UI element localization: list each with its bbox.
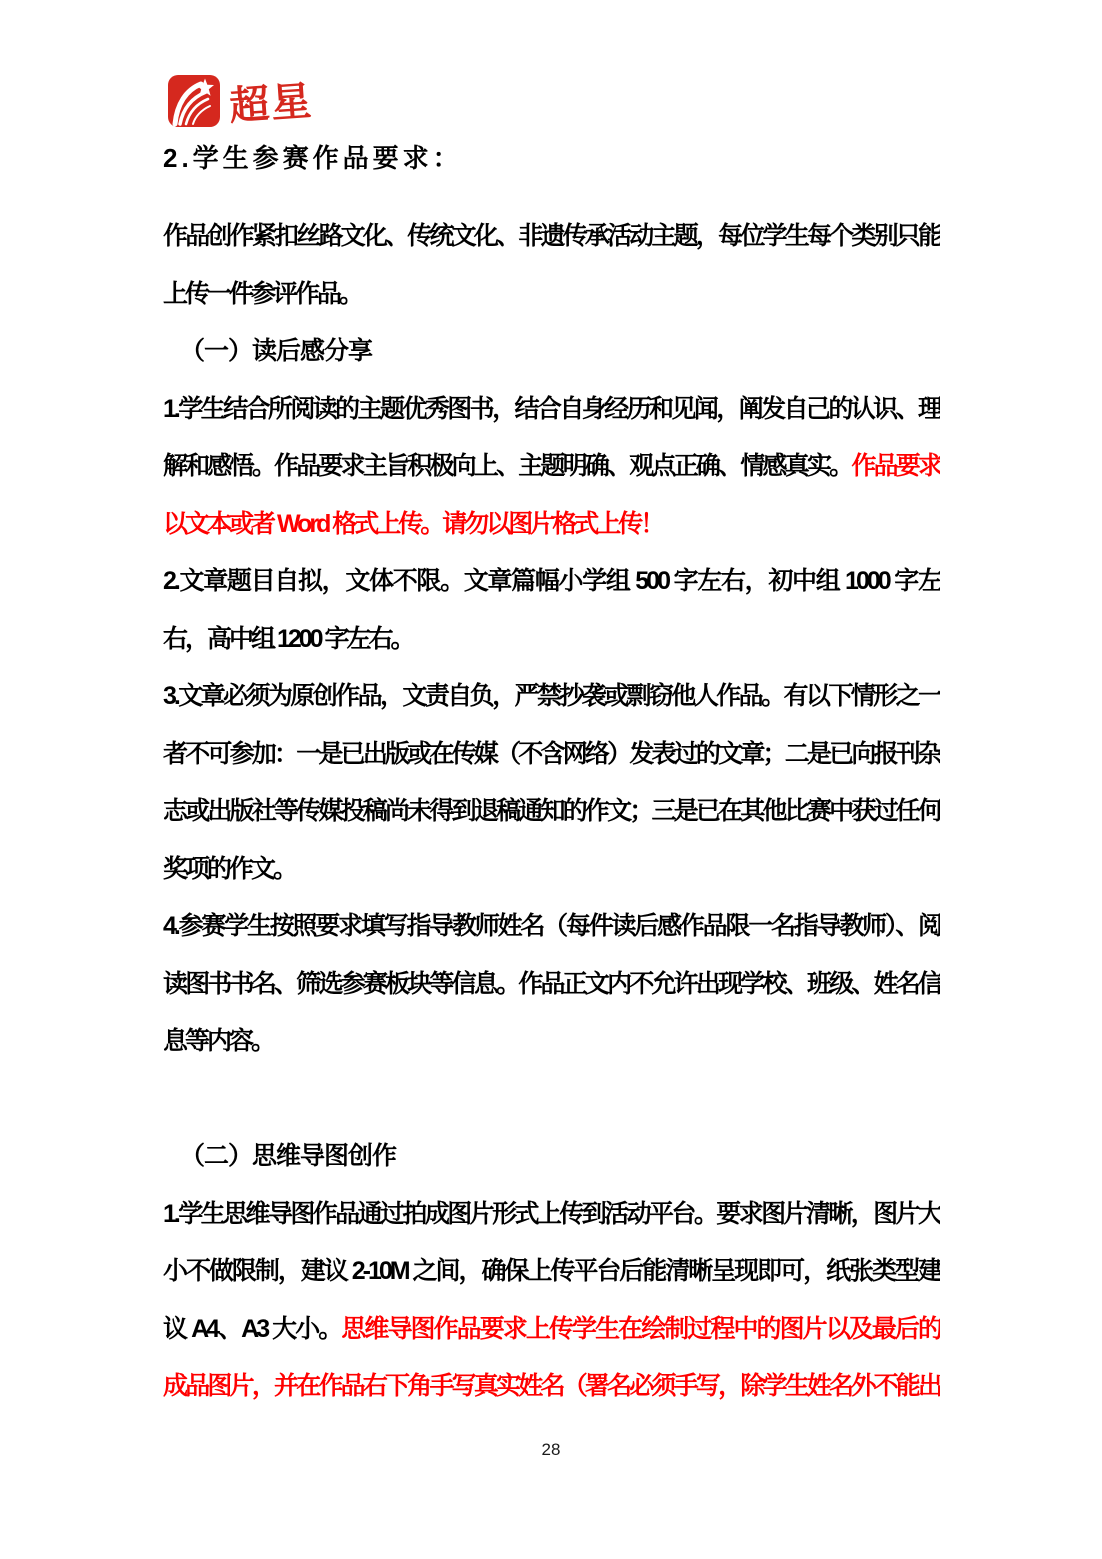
text-run: 上传一件参评作品。: [163, 280, 361, 308]
text-run: 小不做限制，建议 2-10M 之间，确保上传平台后能清晰呈现即可，纸张类型建: [163, 1257, 940, 1285]
paragraph-line: 息等内容。: [163, 1013, 940, 1071]
highlighted-text-run: 成品图片，并在作品右下角手写真实姓名（署名必须手写，除学生姓名外不能出: [163, 1372, 940, 1400]
text-run: 2.文章题目自拟，文体不限。文章篇幅小学组 500 字左右，初中组 1000 字…: [163, 567, 940, 595]
paragraph-line: 1.学生思维导图作品通过拍成图片形式上传到活动平台。要求图片清晰，图片大: [163, 1186, 940, 1244]
text-run: 读图书书名、筛选参赛板块等信息。作品正文内不允许出现学校、班级、姓名信: [163, 970, 940, 998]
text-run: 4.参赛学生按照要求填写指导教师姓名（每件读后感作品限一名指导教师）、阅: [163, 912, 940, 940]
section-title: 2.学生参赛作品要求：: [163, 138, 940, 178]
chaoxing-logo: 超星: [168, 72, 313, 129]
paragraph-line: 议 A4、A3 大小。思维导图作品要求上传学生在绘制过程中的图片以及最后的: [163, 1301, 940, 1359]
text-run: 右，高中组 1200 字左右。: [163, 625, 413, 653]
paragraph-line: 4.参赛学生按照要求填写指导教师姓名（每件读后感作品限一名指导教师）、阅: [163, 898, 940, 956]
subsection-heading-1: （一）读后感分享: [163, 323, 940, 381]
highlighted-paragraph-line: 以文本或者 Word 格式上传。请勿以图片格式上传！: [163, 496, 940, 554]
paragraph-line: 奖项的作文。: [163, 841, 940, 899]
blank-line: [163, 1071, 940, 1129]
document-page: 超星 2.学生参赛作品要求： 作品创作紧扣丝路文化、传统文化、非遗传承活动主题，…: [0, 0, 1102, 1559]
paragraph-line: 右，高中组 1200 字左右。: [163, 611, 940, 669]
paragraph-line: 2.文章题目自拟，文体不限。文章篇幅小学组 500 字左右，初中组 1000 字…: [163, 553, 940, 611]
paragraph-line: 小不做限制，建议 2-10M 之间，确保上传平台后能清晰呈现即可，纸张类型建: [163, 1243, 940, 1301]
paragraph-line: 志或出版社等传媒投稿尚未得到退稿通知的作文；三是已在其他比赛中获过任何: [163, 783, 940, 841]
text-run: （二）思维导图创作: [180, 1142, 396, 1170]
text-run: 者不可参加：一是已出版或在传媒（不含网络）发表过的文章；二是已向报刊杂: [163, 740, 940, 768]
highlighted-paragraph-line: 成品图片，并在作品右下角手写真实姓名（署名必须手写，除学生姓名外不能出: [163, 1358, 940, 1416]
text-run: 解和感悟。作品要求主旨积极向上、主题明确、观点正确、情感真实。: [163, 452, 851, 480]
paragraph-line: 作品创作紧扣丝路文化、传统文化、非遗传承活动主题，每位学生每个类别只能: [163, 208, 940, 266]
logo-wordmark: 超星: [227, 69, 315, 132]
text-run: 作品创作紧扣丝路文化、传统文化、非遗传承活动主题，每位学生每个类别只能: [163, 222, 940, 250]
text-run: 3.文章必须为原创作品，文责自负，严禁抄袭或剽窃他人作品。有以下情形之一: [163, 682, 940, 710]
text-run: 奖项的作文。: [163, 855, 295, 883]
paragraph-line: 读图书书名、筛选参赛板块等信息。作品正文内不允许出现学校、班级、姓名信: [163, 956, 940, 1014]
paragraph-line: 3.文章必须为原创作品，文责自负，严禁抄袭或剽窃他人作品。有以下情形之一: [163, 668, 940, 726]
paragraph-line: 解和感悟。作品要求主旨积极向上、主题明确、观点正确、情感真实。作品要求: [163, 438, 940, 496]
paragraph-line: 者不可参加：一是已出版或在传媒（不含网络）发表过的文章；二是已向报刊杂: [163, 726, 940, 784]
page-footer: 28: [0, 1440, 1102, 1460]
text-run: 息等内容。: [163, 1027, 273, 1055]
text-run: 1.学生结合所阅读的主题优秀图书，结合自身经历和见闻，阐发自己的认识、理: [163, 395, 940, 423]
text-run: 1.学生思维导图作品通过拍成图片形式上传到活动平台。要求图片清晰，图片大: [163, 1200, 940, 1228]
text-run: 议 A4、A3 大小。: [163, 1315, 341, 1343]
page-number: 28: [542, 1440, 561, 1459]
highlighted-text-run: 作品要求: [851, 452, 940, 480]
chaoxing-star-swoosh-icon: [168, 75, 220, 127]
highlighted-text-run: 思维导图作品要求上传学生在绘制过程中的图片以及最后的: [341, 1315, 940, 1343]
paragraph-line: 1.学生结合所阅读的主题优秀图书，结合自身经历和见闻，阐发自己的认识、理: [163, 381, 940, 439]
text-run: 志或出版社等传媒投稿尚未得到退稿通知的作文；三是已在其他比赛中获过任何: [163, 797, 940, 825]
paragraph-line: 上传一件参评作品。: [163, 266, 940, 324]
subsection-heading-2: （二）思维导图创作: [163, 1128, 940, 1186]
text-run: （一）读后感分享: [180, 337, 372, 365]
document-body: 2.学生参赛作品要求： 作品创作紧扣丝路文化、传统文化、非遗传承活动主题，每位学…: [163, 138, 940, 1416]
highlighted-text-run: 以文本或者 Word 格式上传。请勿以图片格式上传！: [163, 510, 662, 538]
